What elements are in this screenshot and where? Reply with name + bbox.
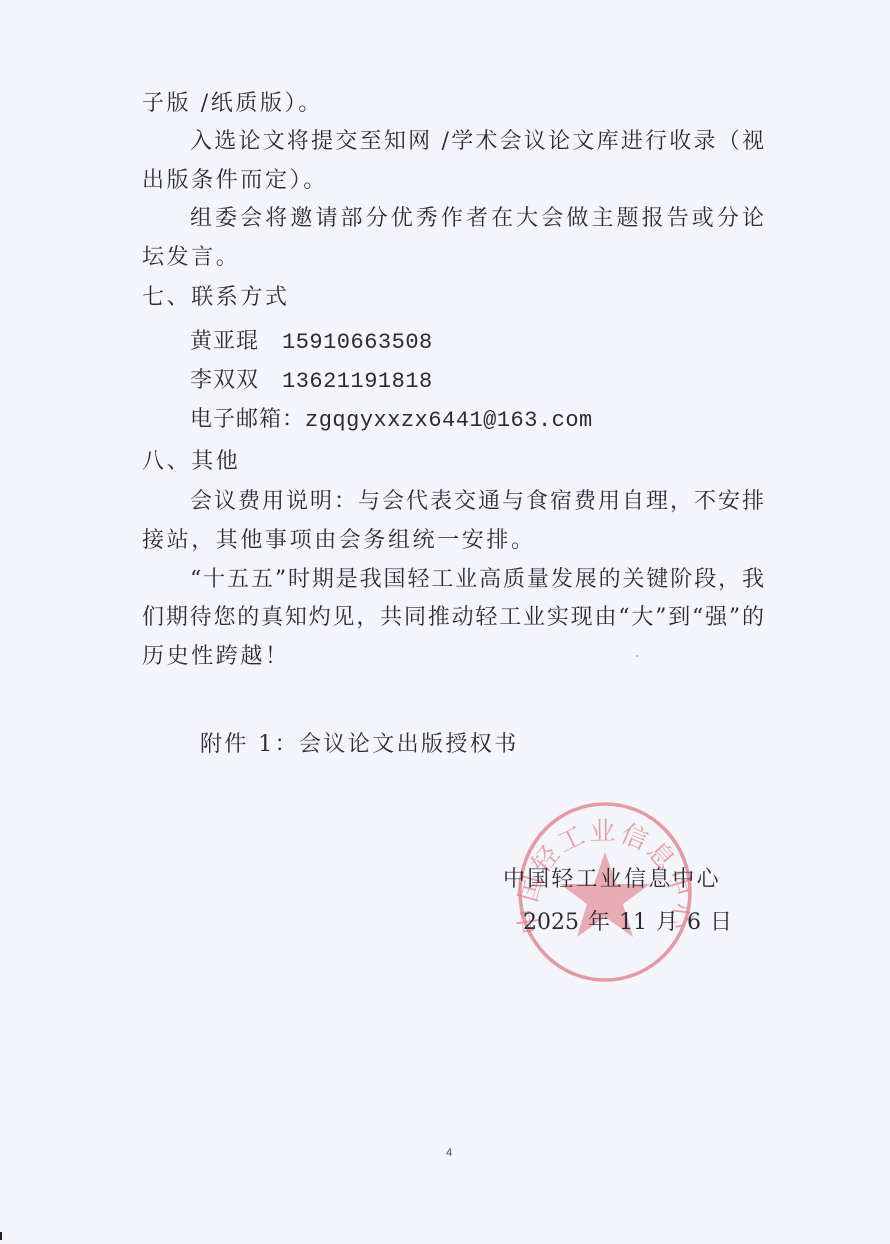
contact-name: 黄亚琨 — [190, 328, 282, 356]
attachment-reference: 附件 1：会议论文出版授权书 — [200, 731, 519, 759]
email-address: zgqgyxxzx6441@163.com — [305, 408, 593, 433]
contact-row: 黄亚琨15910663508 — [190, 328, 433, 357]
paragraph-line: 接站，其他事项由会务组统一安排。 — [142, 527, 536, 555]
paragraph-line: “十五五”时期是我国轻工业高质量发展的关键阶段，我 — [190, 566, 764, 594]
section-heading-contact: 七、联系方式 — [142, 284, 290, 312]
paragraph-line: 历史性跨越！ — [142, 643, 290, 671]
contact-phone: 13621191818 — [282, 369, 433, 394]
document-page: 子版 /纸质版）。 入选论文将提交至知网 /学术会议论文库进行收录（视 出版条件… — [0, 0, 890, 1244]
email-label: 电子邮箱： — [190, 407, 305, 432]
paragraph-line: 们期待您的真知灼见，共同推动轻工业实现由“大”到“强”的 — [142, 604, 764, 632]
paragraph-line: 入选论文将提交至知网 /学术会议论文库进行收录（视 — [190, 128, 764, 156]
signature-date: 2025 年 11 月 6 日 — [523, 909, 732, 937]
signature-organization: 中国轻工业信息中心 — [503, 866, 721, 894]
page-number: 4 — [446, 1147, 452, 1159]
paragraph-line: 出版条件而定）。 — [142, 167, 328, 195]
paragraph-line: 会议费用说明：与会代表交通与食宿费用自理，不安排 — [190, 488, 764, 516]
scan-artifact — [636, 655, 638, 657]
paragraph-line: 组委会将邀请部分优秀作者在大会做主题报告或分论 — [190, 205, 764, 233]
contact-name: 李双双 — [190, 367, 282, 395]
email-row: 电子邮箱：zgqgyxxzx6441@163.com — [190, 406, 593, 435]
paragraph-line: 坛发言。 — [142, 244, 240, 272]
scan-edge-mark — [0, 1232, 2, 1240]
contact-row: 李双双13621191818 — [190, 367, 433, 396]
paragraph-line: 子版 /纸质版）。 — [142, 90, 323, 118]
section-heading-other: 八、其他 — [142, 448, 240, 476]
contact-phone: 15910663508 — [282, 330, 433, 355]
